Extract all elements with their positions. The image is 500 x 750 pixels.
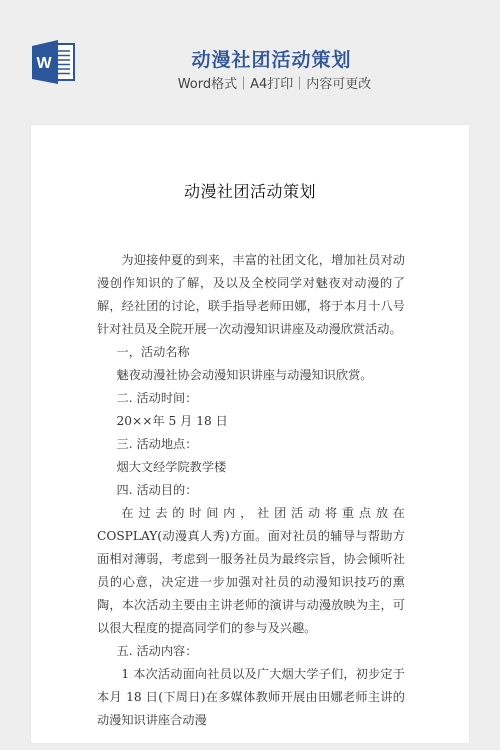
activity-time-text: 20××年 5 月 18 日 [97, 410, 405, 433]
document-body: 为迎接仲夏的到来，丰富的社团文化，增加社员对动漫创作知识的了解，及以及全校同学对… [97, 249, 405, 732]
header-subtitle: Word格式｜A4打印｜内容可更改 [0, 73, 500, 92]
activity-name-text: 魅夜动漫社协会动漫知识讲座与动漫知识欣赏。 [97, 364, 405, 387]
section-heading-activity-content: 五. 活动内容： [97, 640, 405, 663]
section-heading-activity-time: 二. 活动时间： [97, 387, 405, 410]
header-title: 动漫社团活动策划 [0, 45, 500, 72]
section-heading-activity-name: 一，活动名称 [97, 341, 405, 364]
document-title: 动漫社团活动策划 [31, 179, 469, 202]
section-heading-activity-location: 三. 活动地点： [97, 433, 405, 456]
paragraph-intro: 为迎接仲夏的到来，丰富的社团文化，增加社员对动漫创作知识的了解，及以及全校同学对… [97, 249, 405, 341]
section-heading-activity-purpose: 四. 活动目的： [97, 479, 405, 502]
document-page: 动漫社团活动策划 为迎接仲夏的到来，丰富的社团文化，增加社员对动漫创作知识的了解… [31, 125, 469, 743]
activity-location-text: 烟大文经学院教学楼 [97, 456, 405, 479]
activity-purpose-text: 在过去的时间内，社团活动将重点放在 COSPLAY(动漫真人秀)方面。面对社员的… [97, 502, 405, 640]
activity-content-text: 1 本次活动面向社员以及广大烟大学子们，初步定于本月 18 日(下周日)在多媒体… [97, 663, 405, 732]
